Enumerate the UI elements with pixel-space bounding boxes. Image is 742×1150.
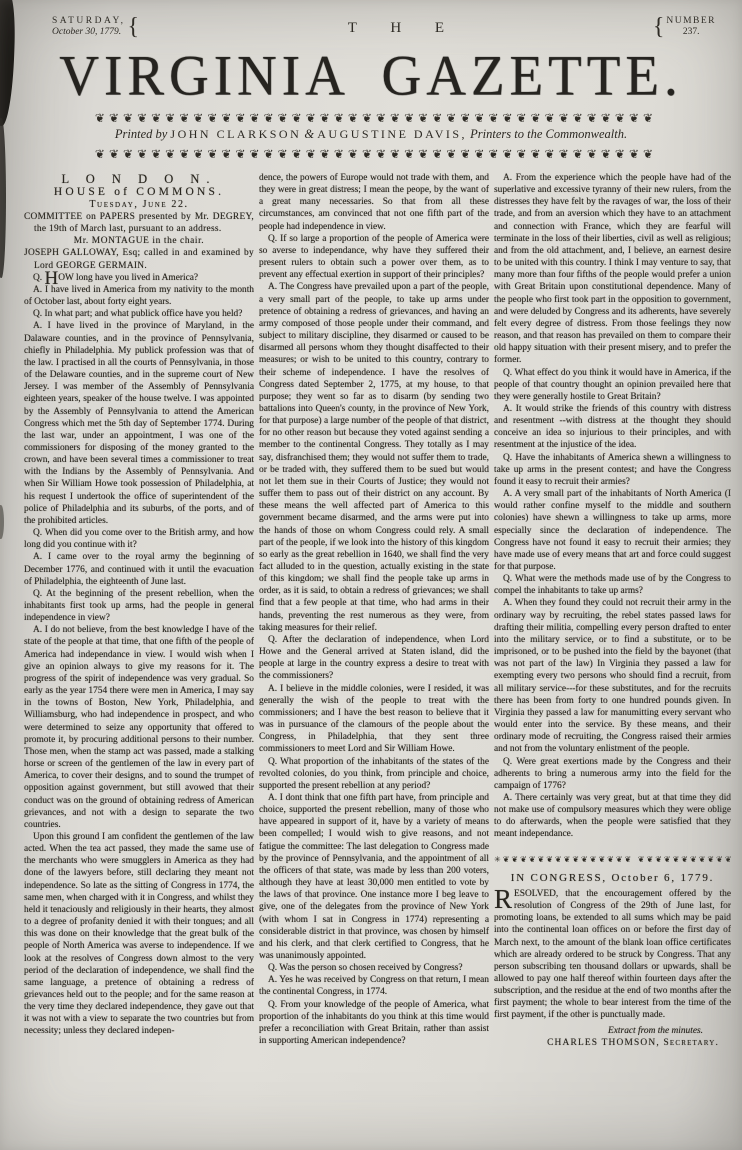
answer: A. When they found they could not recrui…: [494, 597, 731, 755]
answer: A. I came over to the royal army the beg…: [24, 551, 254, 587]
imprint-suffix: Printers to the Commonwealth.: [470, 127, 627, 141]
question: Q. HOW long have you lived in America?: [24, 272, 254, 284]
question: Q. At the beginning of the present rebel…: [24, 588, 254, 624]
fleuron-ornament-row: ❦❦❦❦❦❦❦❦❦❦❦❦❦❦❦❦❦❦❦❦❦❦❦❦❦❦❦❦❦❦❦❦❦❦❦❦❦❦❦❦: [22, 147, 730, 161]
committee-note: COMMITTEE on PAPERS presented by Mr. DEG…: [24, 211, 254, 235]
issue-day: SATURDAY,: [52, 16, 125, 27]
ampersand: &: [304, 127, 314, 141]
issue-date-text: October 30, 1779.: [52, 27, 125, 38]
question: Q. If so large a proportion of the peopl…: [259, 233, 489, 282]
text-column-1: L O N D O N.HOUSE of COMMONS.Tuesday, Ju…: [24, 172, 254, 1150]
newspaper-title: VIRGINIA GAZETTE.: [0, 43, 742, 108]
question: Q. In what part; and what publick office…: [24, 308, 254, 320]
binding-ink-mark: [0, 118, 6, 278]
question: Q. Have the inhabitants of America shewn…: [494, 452, 731, 488]
newspaper-page: SATURDAY, October 30, 1779. { T H E { NU…: [0, 0, 742, 1150]
imprint-prefix: Printed by: [115, 127, 167, 141]
question: Q. Was the person so chosen received by …: [259, 962, 489, 974]
printer-name-2: AUGUSTINE DAVIS,: [317, 127, 467, 141]
extract-note: Extract from the minutes.: [494, 1025, 731, 1037]
question: Q. Were great exertions made by the Cong…: [494, 756, 731, 792]
answer: A. Yes he was received by Congress on th…: [259, 974, 489, 998]
question: Q. What proportion of the inhabitants of…: [259, 756, 489, 792]
resolution: RESOLVED, that the encouragement offered…: [494, 888, 731, 1022]
answer: A. I do not believe, from the best knowl…: [24, 624, 254, 831]
issue-number: { NUMBER 237.: [653, 16, 716, 38]
section-header-london: L O N D O N.: [24, 172, 254, 186]
answer: A. I dont think that one fifth part have…: [259, 792, 489, 962]
signature: CHARLES THOMSON, Secretary.: [494, 1037, 731, 1049]
brace-glyph: {: [127, 16, 139, 38]
answer: A. I believe in the middle colonies, wer…: [259, 683, 489, 756]
number-label: NUMBER: [666, 16, 716, 27]
witness-note: JOSEPH GALLOWAY, Esq; called in and exam…: [24, 247, 254, 271]
masthead-top-row: SATURDAY, October 30, 1779. { T H E { NU…: [52, 16, 716, 38]
section-header-commons: HOUSE of COMMONS.: [24, 186, 254, 199]
chair-note: Mr. MONTAGUE in the chair.: [24, 235, 254, 247]
printer-name-1: JOHN CLARKSON: [170, 127, 301, 141]
question: Q. After the declaration of independence…: [259, 634, 489, 683]
text-column-3: A. From the experience which the people …: [494, 172, 731, 1150]
answer: A. The Congress have prevailed upon a pa…: [259, 281, 489, 634]
binding-ink-mark: [0, 505, 4, 539]
number-value: 237.: [666, 27, 716, 38]
answer-continuation: dence, the powers of Europe would not tr…: [259, 172, 489, 233]
answer-continued: Upon this ground I am confident the gent…: [24, 831, 254, 1038]
masthead-the: T H E: [333, 20, 459, 37]
question: Q. From your knowledge of the people of …: [259, 999, 489, 1048]
answer: A. There certainly was very great, but a…: [494, 792, 731, 841]
answer: A. A very small part of the inhabitants …: [494, 488, 731, 573]
issue-date: SATURDAY, October 30, 1779. {: [52, 16, 139, 38]
question: Q. What were the methods made use of by …: [494, 573, 731, 597]
text-column-2: dence, the powers of Europe would not tr…: [259, 172, 489, 1150]
brace-glyph: {: [653, 16, 665, 38]
answer: A. From the experience which the people …: [494, 172, 731, 367]
fleuron-ornament-row: ❦❦❦❦❦❦❦❦❦❦❦❦❦❦❦❦❦❦❦❦❦❦❦❦❦❦❦❦❦❦❦❦❦❦❦❦❦❦❦❦: [22, 111, 730, 125]
question: Q. When did you come over to the British…: [24, 527, 254, 551]
answer: A. I have lived in America from my nativ…: [24, 284, 254, 308]
imprint-line: Printed by JOHN CLARKSON & AUGUSTINE DAV…: [0, 127, 742, 142]
answer: A. It would strike the friends of this c…: [494, 403, 731, 452]
dateline: Tuesday, June 22.: [24, 199, 254, 211]
drop-cap: R: [494, 888, 514, 910]
ornament-divider: ✳❦❦❦❦❦❦❦❦❦❦❦❦❦❦❦ ❦❦❦❦❦❦❦❦❦❦❦❦❦❦❦✳: [494, 854, 731, 866]
section-header-congress: IN CONGRESS, October 6, 1779.: [494, 872, 731, 884]
question: Q. What effect do you think it would hav…: [494, 367, 731, 403]
answer: A. I have lived in the province of Maryl…: [24, 320, 254, 527]
